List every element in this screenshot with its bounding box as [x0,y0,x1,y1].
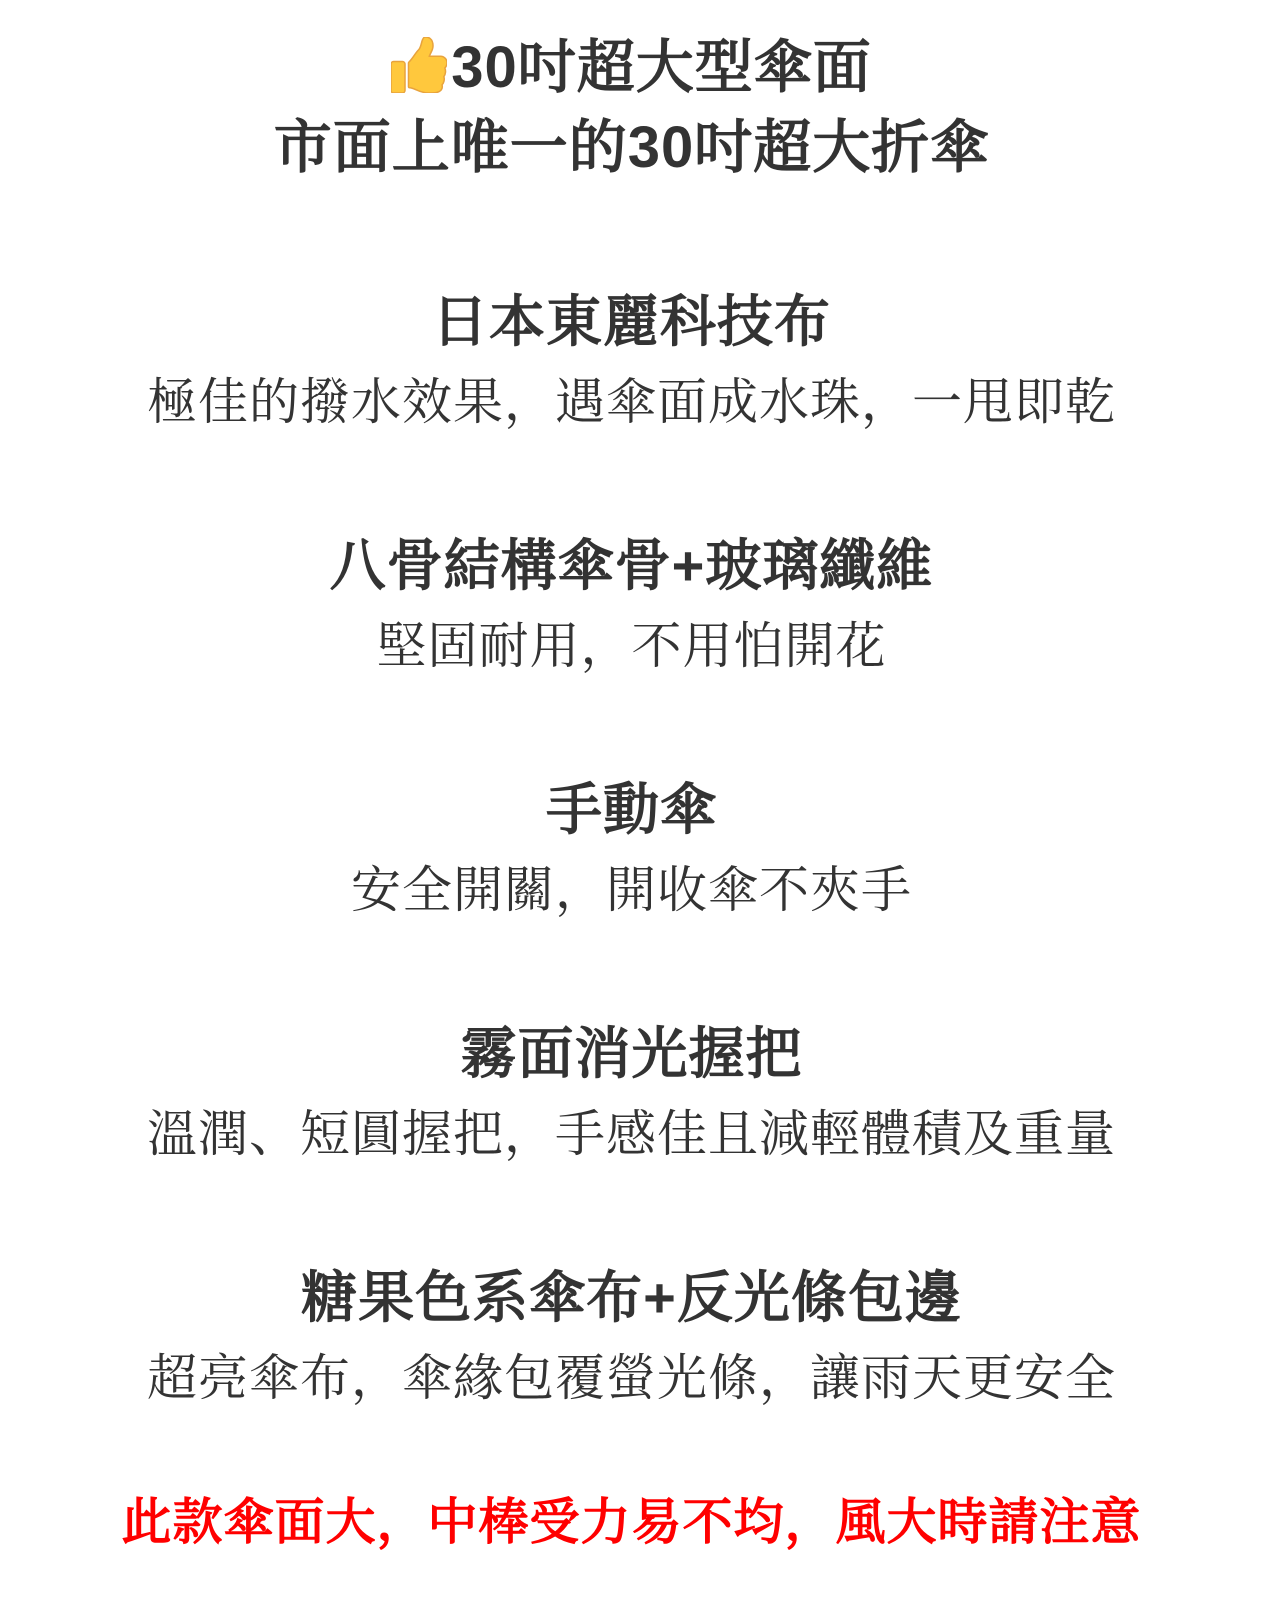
feature-section-manual: 手動傘 安全開關，開收傘不夾手 [0,778,1263,920]
page-title: 30吋超大型傘面 市面上唯一的30吋超大折傘 [0,28,1263,188]
feature-heading: 日本東麗科技布 [0,290,1263,354]
feature-description: 極佳的撥水效果，遇傘面成水珠，一甩即乾 [0,372,1263,432]
feature-heading: 八骨結構傘骨+玻璃纖維 [0,534,1263,598]
feature-description: 堅固耐用，不用怕開花 [0,616,1263,676]
title-line-1: 30吋超大型傘面 [0,28,1263,108]
product-description-page: 30吋超大型傘面 市面上唯一的30吋超大折傘 日本東麗科技布 極佳的撥水效果，遇… [0,0,1263,1599]
feature-description: 超亮傘布，傘緣包覆螢光條，讓雨天更安全 [0,1348,1263,1408]
thumbs-up-icon [391,34,447,90]
feature-heading: 霧面消光握把 [0,1022,1263,1086]
feature-section-canopy: 糖果色系傘布+反光條包邊 超亮傘布，傘緣包覆螢光條，讓雨天更安全 [0,1266,1263,1408]
feature-section-handle: 霧面消光握把 溫潤、短圓握把，手感佳且減輕體積及重量 [0,1022,1263,1164]
feature-section-fabric: 日本東麗科技布 極佳的撥水效果，遇傘面成水珠，一甩即乾 [0,290,1263,432]
title-line-2: 市面上唯一的30吋超大折傘 [0,108,1263,188]
warning-note: 此款傘面大，中棒受力易不均，風大時請注意 [0,1492,1263,1552]
feature-heading: 糖果色系傘布+反光條包邊 [0,1266,1263,1330]
feature-section-ribs: 八骨結構傘骨+玻璃纖維 堅固耐用，不用怕開花 [0,534,1263,676]
feature-description: 溫潤、短圓握把，手感佳且減輕體積及重量 [0,1104,1263,1164]
feature-heading: 手動傘 [0,778,1263,842]
title-line-1-text: 30吋超大型傘面 [451,35,872,100]
feature-description: 安全開關，開收傘不夾手 [0,860,1263,920]
